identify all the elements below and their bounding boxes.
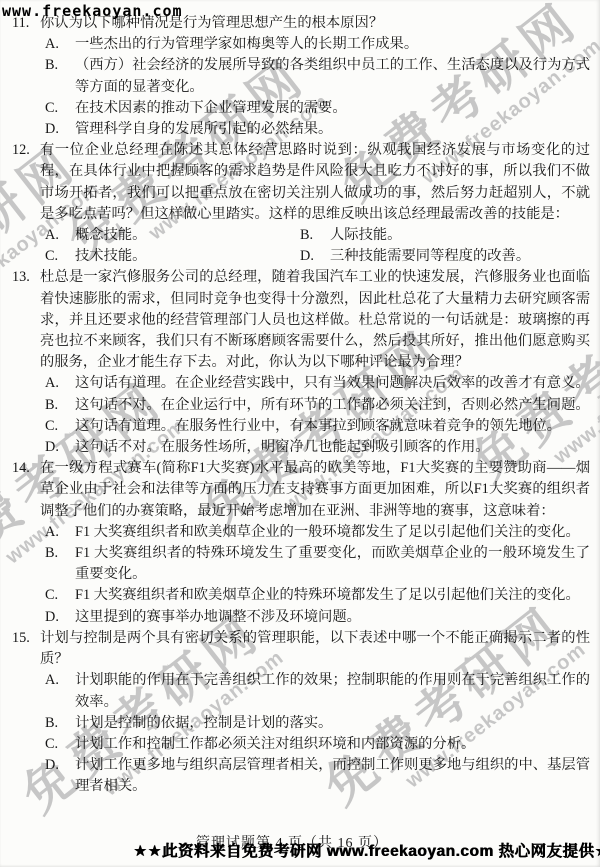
question-number: 13.	[12, 267, 40, 373]
option-a: A. 计划职能的作用在于完善组织工作的效果；控制职能的作用则在于完善组织工作的效…	[45, 670, 590, 712]
option-label: B.	[45, 55, 75, 97]
option-text: 这句话不对。在服务性场所，明窗净几也能起到吸引顾客的作用。	[75, 437, 590, 458]
question-stem: 杜总是一家汽修服务公司的总经理，随着我国汽车工业的快速发展，汽修服务业也面临着快…	[40, 267, 590, 373]
question-13: 13. 杜总是一家汽修服务公司的总经理，随着我国汽车工业的快速发展，汽修服务业也…	[12, 267, 590, 458]
option-label: A.	[45, 34, 75, 55]
option-label: B.	[45, 713, 75, 734]
option-a: A. 一些杰出的行为管理学家如梅奥等人的长期工作成果。	[45, 34, 590, 55]
option-label: A.	[45, 373, 75, 394]
footer-watermark-overlay: ★★此资料来自免费考研网 www.freekaoyan.com 热心网友提供★★	[133, 839, 600, 861]
option-text: 管理科学自身的发展所引起的必然结果。	[75, 119, 590, 140]
option-c: C. 这句话有道理。在服务性行业中，有本事拉到顾客就意味着竞争的领先地位。	[45, 416, 590, 437]
option-text: 三种技能需要同等程度的改善。	[330, 246, 590, 267]
question-number: 14.	[12, 458, 40, 522]
option-d: D. 管理科学自身的发展所引起的必然结果。	[45, 119, 590, 140]
option-c: C. 计划工作和控制工作都必须关注对组织环境和内部资源的分析。	[45, 734, 590, 755]
option-a: A. 这句话有道理。在企业经营实践中，只有当效果问题解决后效率的改善才有意义。	[45, 373, 590, 394]
option-b: B. F1 大奖赛组织者的特殊环境发生了重要变化，而欧美烟草企业的一般环境发生了…	[45, 543, 590, 585]
option-text: 人际技能。	[330, 225, 590, 246]
question-stem: 计划与控制是两个具有密切关系的管理职能，以下表述中哪一个不能正确揭示二者的性质？	[40, 628, 590, 670]
option-label: A.	[45, 225, 75, 246]
question-list: 11. 你认为以下哪种情况是行为管理思想产生的根本原因？ A. 一些杰出的行为管…	[12, 13, 590, 798]
option-text: 在技术因素的推动下企业管理发展的需要。	[75, 98, 590, 119]
option-text: 这句话有道理。在企业经营实践中，只有当效果问题解决后效率的改善才有意义。	[75, 373, 590, 394]
option-text: F1 大奖赛组织者和欧美烟草企业的特殊环境都发生了足以引起他们关注的变化。	[75, 585, 590, 606]
question-number: 15.	[12, 628, 40, 670]
option-text: 计划是控制的依据，控制是计划的落实。	[75, 713, 590, 734]
option-label: C.	[45, 585, 75, 606]
option-a: A. F1 大奖赛组织者和欧美烟草企业的一般环境都发生了足以引起他们关注的变化。	[45, 522, 590, 543]
question-stem: 有一位企业总经理在陈述其总体经营思路时说到：纵观我国经济发展与市场变化的过程，在…	[40, 140, 590, 225]
option-b: B. 人际技能。	[300, 225, 590, 246]
option-d: D. 计划工作更多地与组织高层管理者相关，而控制工作则更多地与组织的中、基层管理…	[45, 755, 590, 797]
question-11: 11. 你认为以下哪种情况是行为管理思想产生的根本原因？ A. 一些杰出的行为管…	[12, 13, 590, 140]
option-text: 这里提到的赛事举办地调整不涉及环境问题。	[75, 607, 590, 628]
option-text: 计划职能的作用在于完善组织工作的效果；控制职能的作用则在于完善组织工作的效率。	[75, 670, 590, 712]
option-label: D.	[45, 755, 75, 797]
question-stem: 在一级方程式赛车(简称F1大奖赛)水平最高的欧美等地，F1大奖赛的主要赞助商——…	[40, 458, 590, 522]
option-label: C.	[45, 98, 75, 119]
question-15: 15. 计划与控制是两个具有密切关系的管理职能，以下表述中哪一个不能正确揭示二者…	[12, 628, 590, 798]
question-12: 12. 有一位企业总经理在陈述其总体经营思路时说到：纵观我国经济发展与市场变化的…	[12, 140, 590, 267]
option-text: F1 大奖赛组织者的特殊环境发生了重要变化，而欧美烟草企业的一般环境发生了重要变…	[75, 543, 590, 585]
scanned-exam-page: 免费考研网 www.freekaoyan.com 免费考研网 www.freek…	[0, 0, 600, 867]
option-label: B.	[45, 543, 75, 585]
option-label: D.	[45, 607, 75, 628]
option-text: 这句话有道理。在服务性行业中，有本事拉到顾客就意味着竞争的领先地位。	[75, 416, 590, 437]
question-number: 12.	[12, 140, 40, 225]
question-14: 14. 在一级方程式赛车(简称F1大奖赛)水平最高的欧美等地，F1大奖赛的主要赞…	[12, 458, 590, 628]
option-b: B. 计划是控制的依据，控制是计划的落实。	[45, 713, 590, 734]
option-label: C.	[45, 734, 75, 755]
option-text: 计划工作和控制工作都必须关注对组织环境和内部资源的分析。	[75, 734, 590, 755]
option-label: A.	[45, 670, 75, 712]
option-text: （西方）社会经济的发展所导致的各类组织中员工的工作、生活态度以及行为方式等方面的…	[75, 55, 590, 97]
option-label: D.	[300, 246, 330, 267]
option-b: B. （西方）社会经济的发展所导致的各类组织中员工的工作、生活态度以及行为方式等…	[45, 55, 590, 97]
option-text: 一些杰出的行为管理学家如梅奥等人的长期工作成果。	[75, 34, 590, 55]
option-text: 计划工作更多地与组织高层管理者相关，而控制工作则更多地与组织的中、基层管理者相关…	[75, 755, 590, 797]
option-label: D.	[45, 119, 75, 140]
option-b: B. 这句话不对。在企业运行中，所有环节的工作都必须关注到，否则必然产生问题。	[45, 395, 590, 416]
option-text: 技术技能。	[75, 246, 300, 267]
option-label: C.	[45, 416, 75, 437]
top-left-url-watermark: www.freekaoyan.com	[2, 2, 183, 20]
option-label: A.	[45, 522, 75, 543]
option-d: D. 三种技能需要同等程度的改善。	[300, 246, 590, 267]
option-label: B.	[300, 225, 330, 246]
option-text: F1 大奖赛组织者和欧美烟草企业的一般环境都发生了足以引起他们关注的变化。	[75, 522, 590, 543]
option-label: B.	[45, 395, 75, 416]
option-label: C.	[45, 246, 75, 267]
option-d: D. 这句话不对。在服务性场所，明窗净几也能起到吸引顾客的作用。	[45, 437, 590, 458]
option-c: C. F1 大奖赛组织者和欧美烟草企业的特殊环境都发生了足以引起他们关注的变化。	[45, 585, 590, 606]
option-c: C. 在技术因素的推动下企业管理发展的需要。	[45, 98, 590, 119]
option-d: D. 这里提到的赛事举办地调整不涉及环境问题。	[45, 607, 590, 628]
option-a: A. 概念技能。	[45, 225, 300, 246]
option-label: D.	[45, 437, 75, 458]
option-c: C. 技术技能。	[45, 246, 300, 267]
option-text: 概念技能。	[75, 225, 300, 246]
option-text: 这句话不对。在企业运行中，所有环节的工作都必须关注到，否则必然产生问题。	[75, 395, 590, 416]
